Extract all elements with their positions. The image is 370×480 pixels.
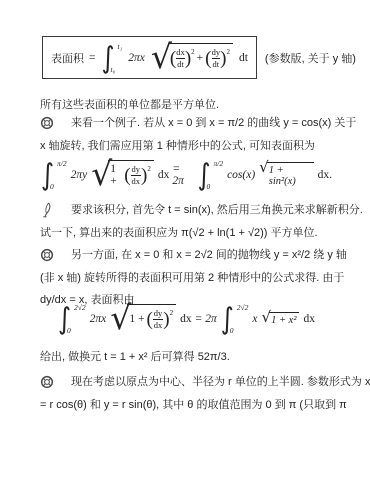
square-root: √ 1 + ( dy dx ) 2 — [110, 304, 176, 334]
exponent: 2 — [170, 309, 174, 317]
radicand: 1 + x² — [269, 312, 299, 326]
denominator: dt — [176, 58, 185, 69]
square-root: √ ( dx dt ) 2 + ( d — [151, 43, 233, 73]
integral-upper-limit: 2√2 — [237, 304, 249, 312]
formula-label: 表面积 — [51, 50, 84, 66]
dy-dt-squared: ( dy dt ) 2 — [205, 47, 230, 68]
integral-limits: t₁ t₀ — [115, 41, 123, 74]
exponent: 2 — [226, 48, 230, 56]
parabola-surface-integral: ∫ 2√2 0 2πx √ 1 + ( dy dx ) 2 — [40, 302, 332, 335]
paragraph-text: 另一方面, 在 x = 0 和 x = 2√2 间的抛物线 y = x²/2 绕… — [71, 244, 347, 267]
square-root: √ 1 + x² — [262, 312, 300, 326]
cos-surface-integral: ∫ π/2 0 2πy √ 1 + ( dy dx ) 2 — [40, 158, 332, 191]
quill-pen-icon — [40, 202, 54, 218]
example-paragraph-1: 来看一个例子. 若从 x = 0 到 x = π/2 的曲线 y = cos(x… — [40, 112, 356, 157]
surface-area-formula-box: 表面积 = ∫ t₁ t₀ 2πx √ ( dx dt — [42, 36, 257, 79]
substitution-sentence: 给出, 做换元 t = 1 + x² 后可算得 52π/3. — [40, 346, 230, 369]
integral: ∫ 2√2 0 — [221, 302, 249, 335]
square-root: √ 1 + ( dy dx ) 2 — [91, 160, 154, 190]
differential: dx — [303, 313, 315, 325]
paragraph-line: = r cos(θ) 和 y = r sin(θ), 其中 θ 的取值范围为 0… — [40, 394, 370, 417]
numerator: dy — [154, 308, 163, 318]
paragraph-line: 另一方面, 在 x = 0 和 x = 2√2 间的抛物线 y = x²/2 绕… — [40, 244, 347, 267]
radicand: 1 + ( dy dx ) 2 — [108, 160, 154, 188]
integral: ∫ 2√2 0 — [58, 302, 86, 335]
fraction-dy-dt: dy dt — [212, 47, 221, 68]
paragraph-text: 现在考虑以原点为中心、半径为 r 单位的上半圆. 参数形式为 x — [71, 371, 370, 394]
dy-dx-squared: ( dy dx ) 2 — [146, 308, 173, 329]
exponent: 2 — [191, 48, 195, 56]
integral-limits: 2√2 0 — [234, 302, 249, 335]
paragraph-text: 来看一个例子. 若从 x = 0 到 x = π/2 的曲线 y = cos(x… — [71, 112, 356, 135]
integral-upper-limit: π/2 — [213, 160, 223, 168]
denominator: dx — [131, 175, 142, 186]
numerator: dx — [176, 47, 185, 57]
integral-limits: π/2 0 — [210, 158, 223, 191]
paragraph-line: x 轴旋转, 我们需应用第 1 种情形中的公式, 可知表面积为 — [40, 135, 356, 158]
lifebuoy-icon — [40, 248, 54, 262]
formula-note: (参数版, 关于 y 轴) — [265, 50, 356, 66]
integral-upper-limit: π/2 — [57, 160, 67, 168]
integrand: cos(x) — [227, 169, 255, 181]
numerator: dy — [132, 164, 141, 174]
integral-limits: π/2 0 — [54, 158, 67, 191]
radicand: 1 + sin²(x) — [267, 162, 314, 187]
differential: dx. — [318, 169, 332, 181]
coefficient: 2πy — [71, 169, 88, 181]
integral-icon: ∫ — [221, 304, 234, 334]
integral-icon: ∫ — [58, 304, 71, 334]
integral: ∫ π/2 0 — [197, 158, 223, 191]
differential: dx — [158, 169, 170, 181]
integrand: x — [252, 313, 257, 325]
integral: ∫ π/2 0 — [41, 158, 67, 191]
integral-limits: 2√2 0 — [71, 302, 86, 335]
fraction-dx-dt: dx dt — [176, 47, 185, 68]
differential: dt — [239, 52, 248, 64]
coefficient: 2πx — [128, 52, 145, 64]
dy-dx-squared: ( dy dx ) 2 — [124, 164, 151, 185]
integral-icon: ∫ — [41, 160, 54, 190]
paragraph-line: (非 x 轴) 旋转所得的表面积可用第 2 种情形中的公式求得. 由于 — [40, 267, 347, 290]
integral-icon: ∫ — [197, 160, 210, 190]
fraction-dy-dx: dy dx — [153, 308, 164, 329]
boxed-formula-row: 表面积 = ∫ t₁ t₀ 2πx √ ( dx dt — [42, 36, 356, 79]
equals-sign: = — [89, 52, 96, 64]
paragraph-line: 现在考虑以原点为中心、半径为 r 单位的上半圆. 参数形式为 x — [40, 371, 370, 394]
integral-upper-limit: 2√2 — [74, 304, 86, 312]
numerator: dy — [212, 47, 221, 57]
denominator: dx — [153, 319, 164, 330]
dx-dt-squared: ( dx dt ) 2 — [170, 47, 195, 68]
exercise-paragraph: 要求该积分, 首先令 t = sin(x), 然后用三角换元来求解新积分. 试一… — [40, 199, 363, 244]
paragraph-text: 要求该积分, 首先令 t = sin(x), 然后用三角换元来求解新积分. — [71, 199, 363, 222]
plus-sign: + — [197, 52, 204, 64]
equals-2pi: = 2π — [195, 313, 217, 325]
example-paragraph-3: 现在考虑以原点为中心、半径为 r 单位的上半圆. 参数形式为 x = r cos… — [40, 371, 370, 416]
paragraph-line: 来看一个例子. 若从 x = 0 到 x = π/2 的曲线 y = cos(x… — [40, 112, 356, 135]
textbook-page: 表面积 = ∫ t₁ t₀ 2πx √ ( dx dt — [0, 0, 370, 480]
denominator: dt — [212, 58, 221, 69]
radicand: 1 + ( dy dx ) 2 — [127, 304, 176, 332]
differential: dx — [180, 313, 192, 325]
paragraph-line: 试一下, 算出来的表面积应为 π(√2 + ln(1 + √2)) 平方单位. — [40, 222, 363, 245]
integral-icon: ∫ — [102, 43, 115, 73]
one-plus: 1 + — [129, 313, 144, 325]
lifebuoy-icon — [40, 375, 54, 389]
coefficient: 2πx — [90, 313, 107, 325]
equals-2pi: = 2π — [172, 163, 193, 187]
one-plus: 1 + — [110, 163, 122, 187]
fraction-dy-dx: dy dx — [131, 164, 142, 185]
square-root: √ 1 + sin²(x) — [259, 162, 313, 187]
integral: ∫ t₁ t₀ — [102, 41, 123, 74]
exponent: 2 — [147, 165, 151, 173]
paragraph-line: 要求该积分, 首先令 t = sin(x), 然后用三角换元来求解新积分. — [40, 199, 363, 222]
lifebuoy-icon — [40, 116, 54, 130]
integral-upper-limit: t₁ — [118, 43, 123, 51]
radicand: ( dx dt ) 2 + ( dy dt — [168, 43, 233, 71]
